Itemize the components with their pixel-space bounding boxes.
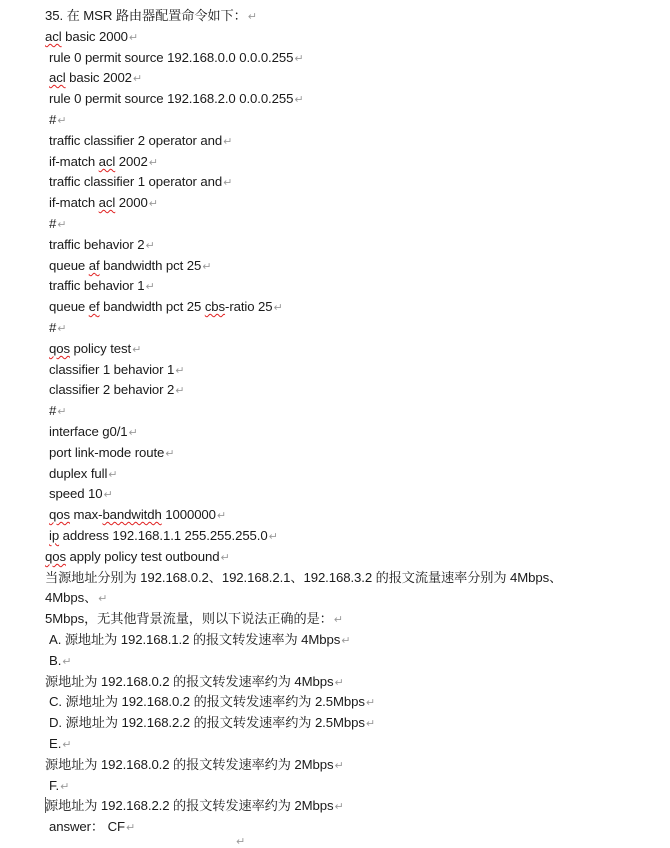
config-line-text: ip address 192.168.1.1 255.255.255.0 — [49, 528, 268, 543]
config-line-text: if-match acl 2000 — [49, 195, 148, 210]
config-line: port link-mode route↵ — [49, 443, 174, 463]
config-line: ip address 192.168.1.1 255.255.255.0↵ — [49, 526, 278, 546]
paragraph-mark-icon: ↵ — [334, 760, 343, 772]
config-line: if-match acl 2002↵ — [49, 152, 158, 172]
question-title: 35. 在 MSR 路由器配置命令如下：↵ — [45, 6, 257, 26]
option-line: B.↵ — [49, 651, 71, 671]
config-line-text: traffic classifier 2 operator and — [49, 133, 222, 148]
config-line-text: classifier 2 behavior 2 — [49, 382, 174, 397]
paragraph-mark-icon: ↵ — [274, 302, 283, 314]
config-line-text: qos policy test — [49, 341, 131, 356]
paragraph-mark-icon: ↵ — [108, 469, 117, 481]
config-line-text: qos max-bandwitdh 1000000 — [49, 507, 216, 522]
config-line-text: # — [49, 403, 56, 418]
spellcheck-underline: acl — [49, 70, 66, 85]
spellcheck-underline: af — [89, 258, 100, 273]
paragraph-mark-icon: ↵ — [175, 385, 184, 397]
paragraph-mark-icon: ↵ — [202, 261, 211, 273]
option-line: C. 源地址为 192.168.0.2 的报文转发速率约为 2.5Mbps↵ — [49, 692, 375, 712]
config-line: traffic classifier 2 operator and↵ — [49, 131, 232, 151]
config-line-text: # — [49, 320, 56, 335]
config-line-text: acl basic 2002 — [49, 70, 132, 85]
spellcheck-underline: acl — [45, 29, 62, 44]
config-line-text: traffic behavior 2 — [49, 237, 144, 252]
spellcheck-underline: ef — [89, 299, 100, 314]
paragraph-mark-icon: ↵ — [57, 323, 66, 335]
paragraph-mark-icon: ↵ — [62, 739, 71, 751]
question-body-line-text: 当源地址分别为 192.168.0.2、192.168.2.1、192.168.… — [45, 570, 562, 585]
option-line: 源地址为 192.168.2.2 的报文转发速率约为 2Mbps↵ — [45, 796, 344, 816]
option-line-text: 源地址为 192.168.2.2 的报文转发速率约为 2Mbps — [45, 798, 333, 813]
paragraph-mark-icon: ↵ — [129, 32, 138, 44]
option-line: E.↵ — [49, 734, 71, 754]
text-cursor — [45, 797, 46, 813]
config-line: traffic classifier 1 operator and↵ — [49, 172, 232, 192]
paragraph-mark-icon: ↵ — [294, 94, 303, 106]
config-line: qos max-bandwitdh 1000000↵ — [49, 505, 226, 525]
config-line: interface g0/1↵ — [49, 422, 138, 442]
paragraph-mark-icon: ↵ — [175, 365, 184, 377]
question-body-line: 4Mbps、↵ — [45, 588, 107, 608]
config-line: duplex full↵ — [49, 464, 117, 484]
paragraph-mark-icon: ↵ — [220, 552, 229, 564]
paragraph-mark-icon: ↵ — [341, 635, 350, 647]
config-line: #↵ — [49, 401, 66, 421]
config-line-text: port link-mode route — [49, 445, 164, 460]
paragraph-mark-icon: ↵ — [236, 836, 245, 848]
config-line-text: rule 0 permit source 192.168.0.0 0.0.0.2… — [49, 50, 293, 65]
config-line-text: speed 10 — [49, 486, 102, 501]
config-line-text: rule 0 permit source 192.168.2.0 0.0.0.2… — [49, 91, 293, 106]
config-line-text: interface g0/1 — [49, 424, 128, 439]
config-line: queue af bandwidth pct 25↵ — [49, 256, 211, 276]
question-body-line-text: 5Mbps，无其他背景流量，则以下说法正确的是： — [45, 611, 333, 626]
option-line-text: D. 源地址为 192.168.2.2 的报文转发速率约为 2.5Mbps — [49, 715, 365, 730]
spellcheck-underline: acl — [99, 195, 116, 210]
paragraph-mark-icon: ↵ — [334, 801, 343, 813]
config-line: qos policy test↵ — [49, 339, 141, 359]
option-line-text: 源地址为 192.168.0.2 的报文转发速率约为 2Mbps — [45, 757, 333, 772]
option-line-text: C. 源地址为 192.168.0.2 的报文转发速率约为 2.5Mbps — [49, 694, 365, 709]
config-line-text: if-match acl 2002 — [49, 154, 148, 169]
paragraph-mark-icon: ↵ — [62, 656, 71, 668]
config-line: #↵ — [49, 318, 66, 338]
paragraph-mark-icon: ↵ — [57, 219, 66, 231]
config-line: classifier 1 behavior 1↵ — [49, 360, 184, 380]
config-line-text: traffic classifier 1 operator and — [49, 174, 222, 189]
option-line: F.↵ — [49, 776, 69, 796]
paragraph-mark-icon: ↵ — [366, 718, 375, 730]
paragraph-mark-icon: ↵ — [149, 198, 158, 210]
answer-line: answer： CF↵ — [49, 817, 135, 837]
paragraph-mark-icon: ↵ — [165, 448, 174, 460]
paragraph-mark-icon: ↵ — [145, 240, 154, 252]
option-line: A. 源地址为 192.168.1.2 的报文转发速率为 4Mbps↵ — [49, 630, 350, 650]
paragraph-mark-icon: ↵ — [126, 822, 135, 834]
config-line-text: duplex full — [49, 466, 107, 481]
question-body-line-text: 4Mbps、 — [45, 590, 97, 605]
paragraph-mark-icon: ↵ — [98, 593, 107, 605]
option-line-text: B. — [49, 653, 61, 668]
paragraph-mark-icon: ↵ — [269, 531, 278, 543]
config-line-text: queue af bandwidth pct 25 — [49, 258, 201, 273]
paragraph-mark-icon: ↵ — [57, 406, 66, 418]
paragraph-mark-icon: ↵ — [133, 73, 142, 85]
config-line: #↵ — [49, 214, 66, 234]
paragraph-mark-icon: ↵ — [103, 489, 112, 501]
paragraph-mark-icon: ↵ — [248, 11, 257, 23]
config-line-text: # — [49, 112, 56, 127]
paragraph-mark-icon: ↵ — [334, 614, 343, 626]
paragraph-mark-icon: ↵ — [145, 281, 154, 293]
config-line: rule 0 permit source 192.168.0.0 0.0.0.2… — [49, 48, 303, 68]
paragraph-mark-icon: ↵ — [366, 697, 375, 709]
paragraph-mark-icon: ↵ — [294, 53, 303, 65]
option-line-text: E. — [49, 736, 61, 751]
config-line: acl basic 2002↵ — [49, 68, 142, 88]
config-line: rule 0 permit source 192.168.2.0 0.0.0.2… — [49, 89, 303, 109]
spellcheck-underline: ip — [49, 528, 59, 543]
config-line-text: acl basic 2000 — [45, 29, 128, 44]
spellcheck-underline: cbs — [205, 299, 225, 314]
paragraph-mark-icon: ↵ — [149, 157, 158, 169]
config-line: traffic behavior 1↵ — [49, 276, 155, 296]
option-line: 源地址为 192.168.0.2 的报文转发速率约为 2Mbps↵ — [45, 755, 344, 775]
config-line: acl basic 2000↵ — [45, 27, 138, 47]
config-line: speed 10↵ — [49, 484, 113, 504]
spellcheck-underline: bandwitdh — [102, 507, 161, 522]
config-line-text: classifier 1 behavior 1 — [49, 362, 174, 377]
spellcheck-underline: qos — [49, 507, 70, 522]
option-line: 源地址为 192.168.0.2 的报文转发速率约为 4Mbps↵ — [45, 672, 344, 692]
paragraph-mark-icon: ↵ — [129, 427, 138, 439]
paragraph-mark-icon: ↵ — [132, 344, 141, 356]
config-line-text: queue ef bandwidth pct 25 cbs-ratio 25 — [49, 299, 273, 314]
spellcheck-underline: acl — [99, 154, 116, 169]
paragraph-mark-icon: ↵ — [57, 115, 66, 127]
paragraph-mark-icon: ↵ — [334, 677, 343, 689]
config-line: classifier 2 behavior 2↵ — [49, 380, 184, 400]
config-line: traffic behavior 2↵ — [49, 235, 155, 255]
paragraph-mark-icon: ↵ — [223, 136, 232, 148]
option-line-text: 源地址为 192.168.0.2 的报文转发速率约为 4Mbps — [45, 674, 333, 689]
spellcheck-underline: qos — [49, 341, 70, 356]
paragraph-mark-icon: ↵ — [223, 177, 232, 189]
config-line-text: # — [49, 216, 56, 231]
option-line-text: A. 源地址为 192.168.1.2 的报文转发速率为 4Mbps — [49, 632, 340, 647]
config-line: #↵ — [49, 110, 66, 130]
answer-line-text: answer： CF — [49, 819, 125, 834]
config-line: queue ef bandwidth pct 25 cbs-ratio 25↵ — [49, 297, 283, 317]
option-line-text: F. — [49, 778, 59, 793]
config-line: qos apply policy test outbound↵ — [45, 547, 230, 567]
paragraph-mark-icon: ↵ — [217, 510, 226, 522]
question-body-line: 当源地址分别为 192.168.0.2、192.168.2.1、192.168.… — [45, 568, 562, 588]
config-line-text: qos apply policy test outbound — [45, 549, 219, 564]
document-page: 35. 在 MSR 路由器配置命令如下：↵acl basic 2000↵rule… — [0, 0, 670, 848]
config-line: if-match acl 2000↵ — [49, 193, 158, 213]
config-line-text: traffic behavior 1 — [49, 278, 144, 293]
question-title-text: 35. 在 MSR 路由器配置命令如下： — [45, 8, 247, 23]
option-line: D. 源地址为 192.168.2.2 的报文转发速率约为 2.5Mbps↵ — [49, 713, 375, 733]
question-body-line: 5Mbps，无其他背景流量，则以下说法正确的是：↵ — [45, 609, 343, 629]
paragraph-mark-icon: ↵ — [60, 781, 69, 793]
spellcheck-underline: qos — [45, 549, 66, 564]
